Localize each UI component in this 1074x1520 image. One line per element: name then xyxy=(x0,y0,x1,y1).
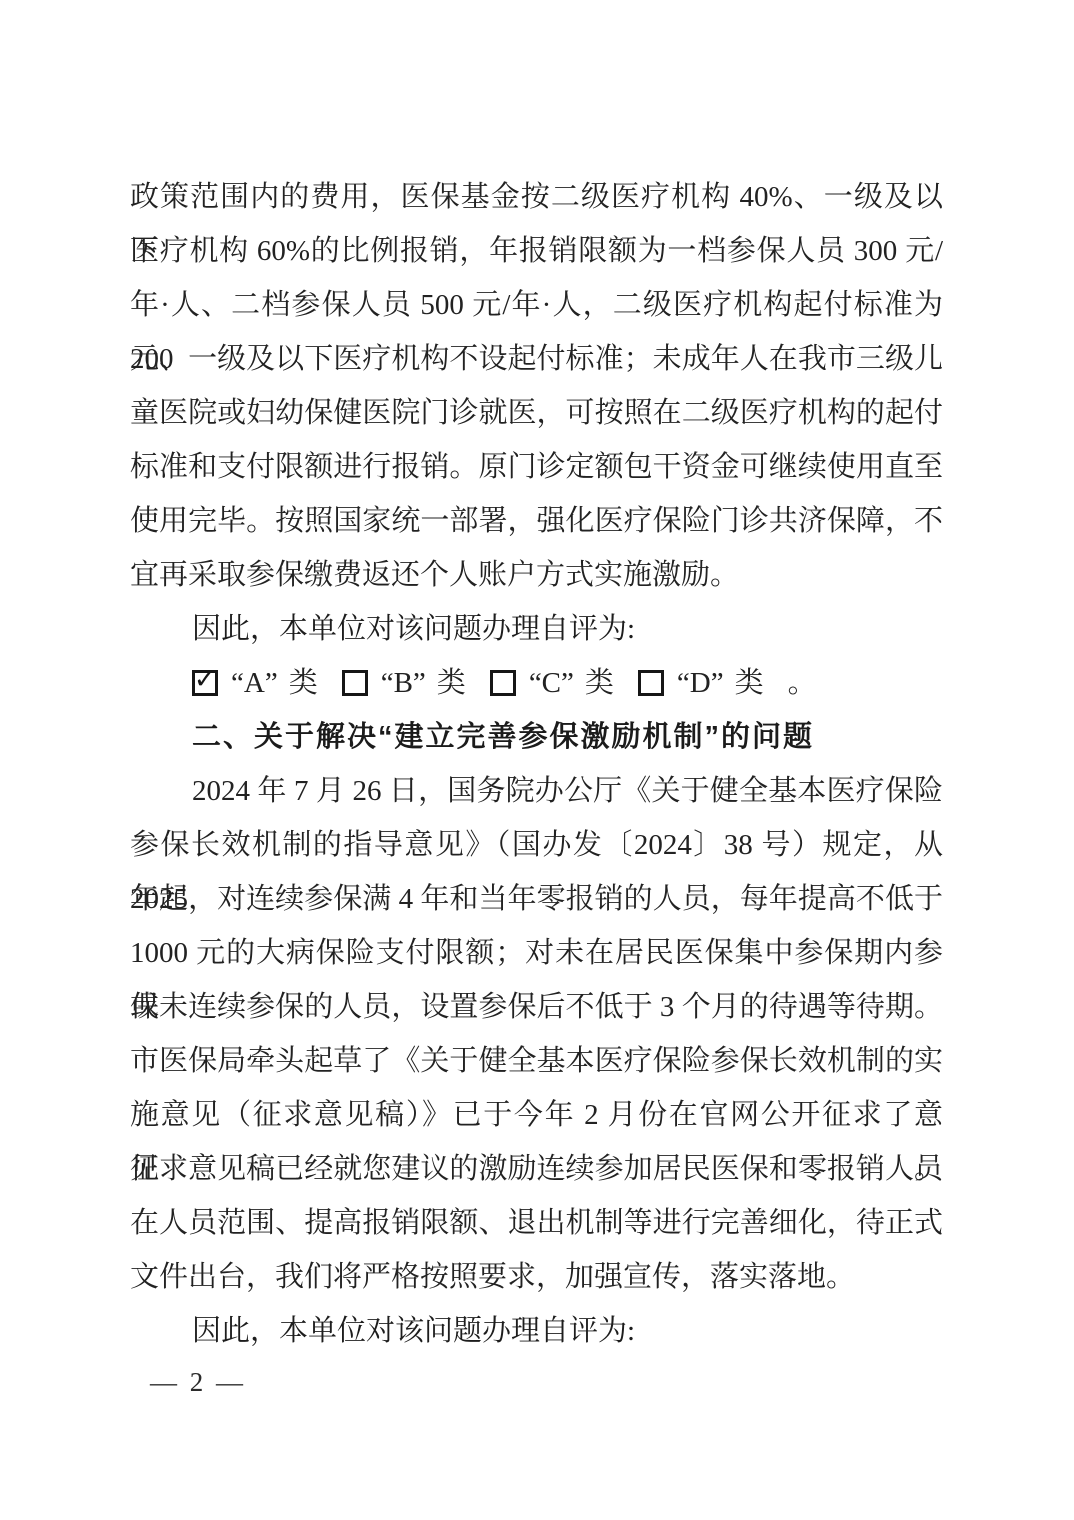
self-evaluation-line-1: 因此，本单位对该问题办理自评为: xyxy=(130,602,943,656)
rating-suffix: 类 xyxy=(585,656,614,710)
paragraph-line: 参保长效机制的指导意见》（国办发〔2024〕38 号）规定，从 2025 xyxy=(130,818,943,872)
checkbox-b-icon xyxy=(342,670,368,696)
rating-suffix: 类 xyxy=(735,656,764,710)
rating-option-a: ✓ “A” 类 xyxy=(192,656,318,710)
paragraph-line: 市医保局牵头起草了《关于健全基本医疗保险参保长效机制的实 xyxy=(130,1034,943,1088)
paragraph-line: 元、一级及以下医疗机构不设起付标准；未成年人在我市三级儿 xyxy=(130,332,943,386)
rating-letter: “D” xyxy=(677,656,724,710)
paragraph-line: 征求意见稿已经就您建议的激励连续参加居民医保和零报销人员 xyxy=(130,1142,943,1196)
paragraph-line: 童医院或妇幼保健医院门诊就医，可按照在二级医疗机构的起付 xyxy=(130,386,943,440)
rating-period: 。 xyxy=(788,656,817,710)
section-2-heading: 二、关于解决“建立完善参保激励机制”的问题 xyxy=(130,710,943,764)
self-evaluation-line-2: 因此，本单位对该问题办理自评为: xyxy=(130,1304,943,1358)
paragraph-line: 使用完毕。按照国家统一部署，强化医疗保险门诊共济保障，不 xyxy=(130,494,943,548)
rating-letter: “C” xyxy=(529,656,574,710)
paragraph-line: 宜再采取参保缴费返还个人账户方式实施激励。 xyxy=(130,548,943,602)
paragraph-line: 年起，对连续参保满 4 年和当年零报销的人员，每年提高不低于 xyxy=(130,872,943,926)
rating-option-c: “C” 类 xyxy=(490,656,614,710)
paragraph-line: 2024 年 7 月 26 日，国务院办公厅《关于健全基本医疗保险 xyxy=(130,764,943,818)
rating-option-b: “B” 类 xyxy=(342,656,466,710)
paragraph-line: 年·人、二档参保人员 500 元/年·人，二级医疗机构起付标准为 200 xyxy=(130,278,943,332)
text-block: 政策范围内的费用，医保基金按二级医疗机构 40%、一级及以下 医疗机构 60%的… xyxy=(130,170,943,1358)
rating-letter: “A” xyxy=(231,656,278,710)
checkbox-d-icon xyxy=(638,670,664,696)
paragraph-line: 1000 元的大病保险支付限额；对未在居民医保集中参保期内参保 xyxy=(130,926,943,980)
paragraph-line: 标准和支付限额进行报销。原门诊定额包干资金可继续使用直至 xyxy=(130,440,943,494)
rating-row: ✓ “A” 类 “B” 类 “C” 类 “D” 类 。 xyxy=(130,656,943,710)
paragraph-line: 施意见（征求意见稿）》已于今年 2 月份在官网公开征求了意见。 xyxy=(130,1088,943,1142)
rating-suffix: 类 xyxy=(437,656,466,710)
paragraph-line: 医疗机构 60%的比例报销，年报销限额为一档参保人员 300 元/ xyxy=(130,224,943,278)
checkbox-c-icon xyxy=(490,670,516,696)
rating-suffix: 类 xyxy=(289,656,318,710)
check-icon: ✓ xyxy=(194,666,217,693)
rating-letter: “B” xyxy=(381,656,426,710)
rating-option-d: “D” 类 xyxy=(638,656,764,710)
paragraph-line: 政策范围内的费用，医保基金按二级医疗机构 40%、一级及以下 xyxy=(130,170,943,224)
document-page: 政策范围内的费用，医保基金按二级医疗机构 40%、一级及以下 医疗机构 60%的… xyxy=(0,0,1074,1520)
paragraph-line: 或未连续参保的人员，设置参保后不低于 3 个月的待遇等待期。 xyxy=(130,980,943,1034)
page-number: — 2 — xyxy=(150,1362,246,1402)
paragraph-line: 文件出台，我们将严格按照要求，加强宣传，落实落地。 xyxy=(130,1250,943,1304)
checkbox-a-checked-icon: ✓ xyxy=(192,670,218,696)
paragraph-line: 在人员范围、提高报销限额、退出机制等进行完善细化，待正式 xyxy=(130,1196,943,1250)
